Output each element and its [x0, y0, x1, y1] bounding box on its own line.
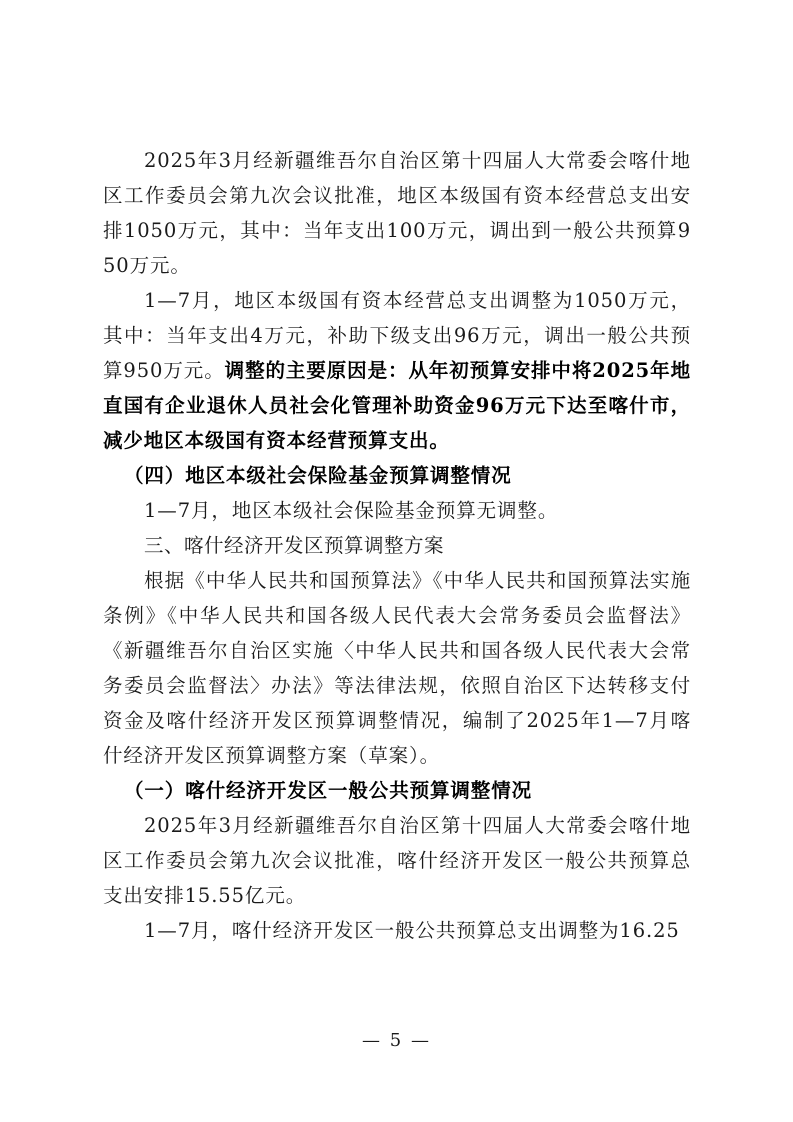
- document-page: 2025年3月经新疆维吾尔自治区第十四届人大常委会喀什地区工作委员会第九次会议批…: [103, 143, 691, 948]
- paragraph-approved-state-capital-budget: 2025年3月经新疆维吾尔自治区第十四届人大常委会喀什地区工作委员会第九次会议批…: [103, 143, 691, 283]
- paragraph-social-insurance-no-adjustment: 1—7月，地区本级社会保险基金预算无调整。: [103, 493, 691, 528]
- paragraph-state-capital-adjustment: 1—7月，地区本级国有资本经营总支出调整为1050万元，其中：当年支出4万元，补…: [103, 283, 691, 458]
- section-heading-kashgar-economic-zone: 三、喀什经济开发区预算调整方案: [103, 528, 691, 563]
- paragraph-legal-basis: 根据《中华人民共和国预算法》《中华人民共和国预算法实施条例》《中华人民共和国各级…: [103, 563, 691, 773]
- paragraph-approved-general-budget: 2025年3月经新疆维吾尔自治区第十四届人大常委会喀什地区工作委员会第九次会议批…: [103, 808, 691, 913]
- paragraph-general-budget-adjustment: 1—7月，喀什经济开发区一般公共预算总支出调整为16.25: [103, 913, 691, 948]
- page-number: — 5 —: [0, 1030, 793, 1051]
- section-heading-general-public-budget: （一）喀什经济开发区一般公共预算调整情况: [103, 773, 691, 808]
- section-heading-social-insurance: （四）地区本级社会保险基金预算调整情况: [103, 458, 691, 493]
